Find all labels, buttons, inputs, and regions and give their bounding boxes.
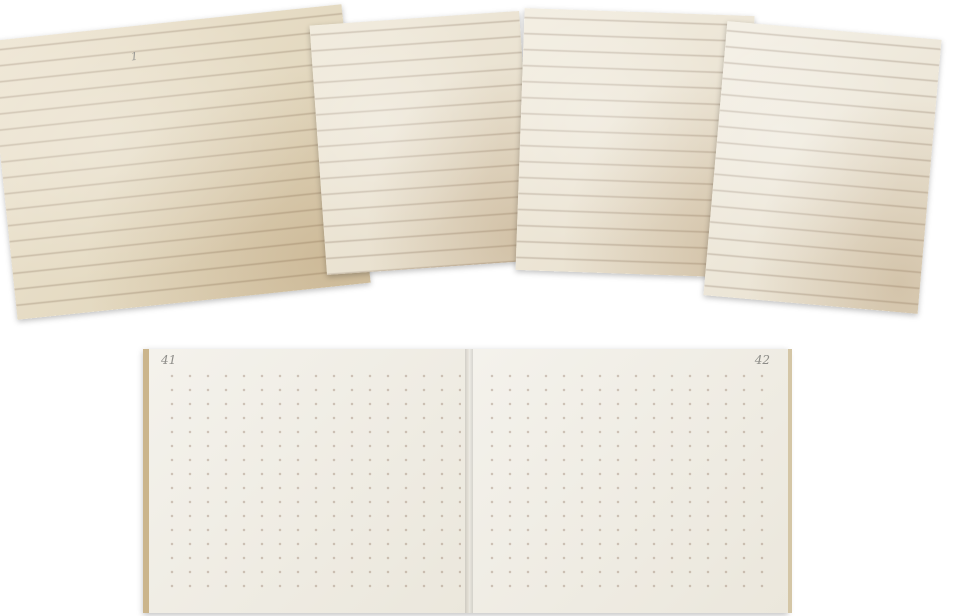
manuscript-sheet-2: [310, 11, 537, 275]
page-number-left: 41: [161, 353, 176, 367]
page-number-right: 42: [755, 353, 770, 367]
notebook-gutter: [465, 349, 473, 613]
open-notebook: 41 42: [143, 349, 788, 613]
notebook-right-page: 42: [469, 349, 792, 613]
manuscript-sheet-4: [703, 21, 941, 314]
notebook-left-page: 41: [143, 349, 475, 613]
pencil-page-mark: 1: [130, 50, 138, 64]
